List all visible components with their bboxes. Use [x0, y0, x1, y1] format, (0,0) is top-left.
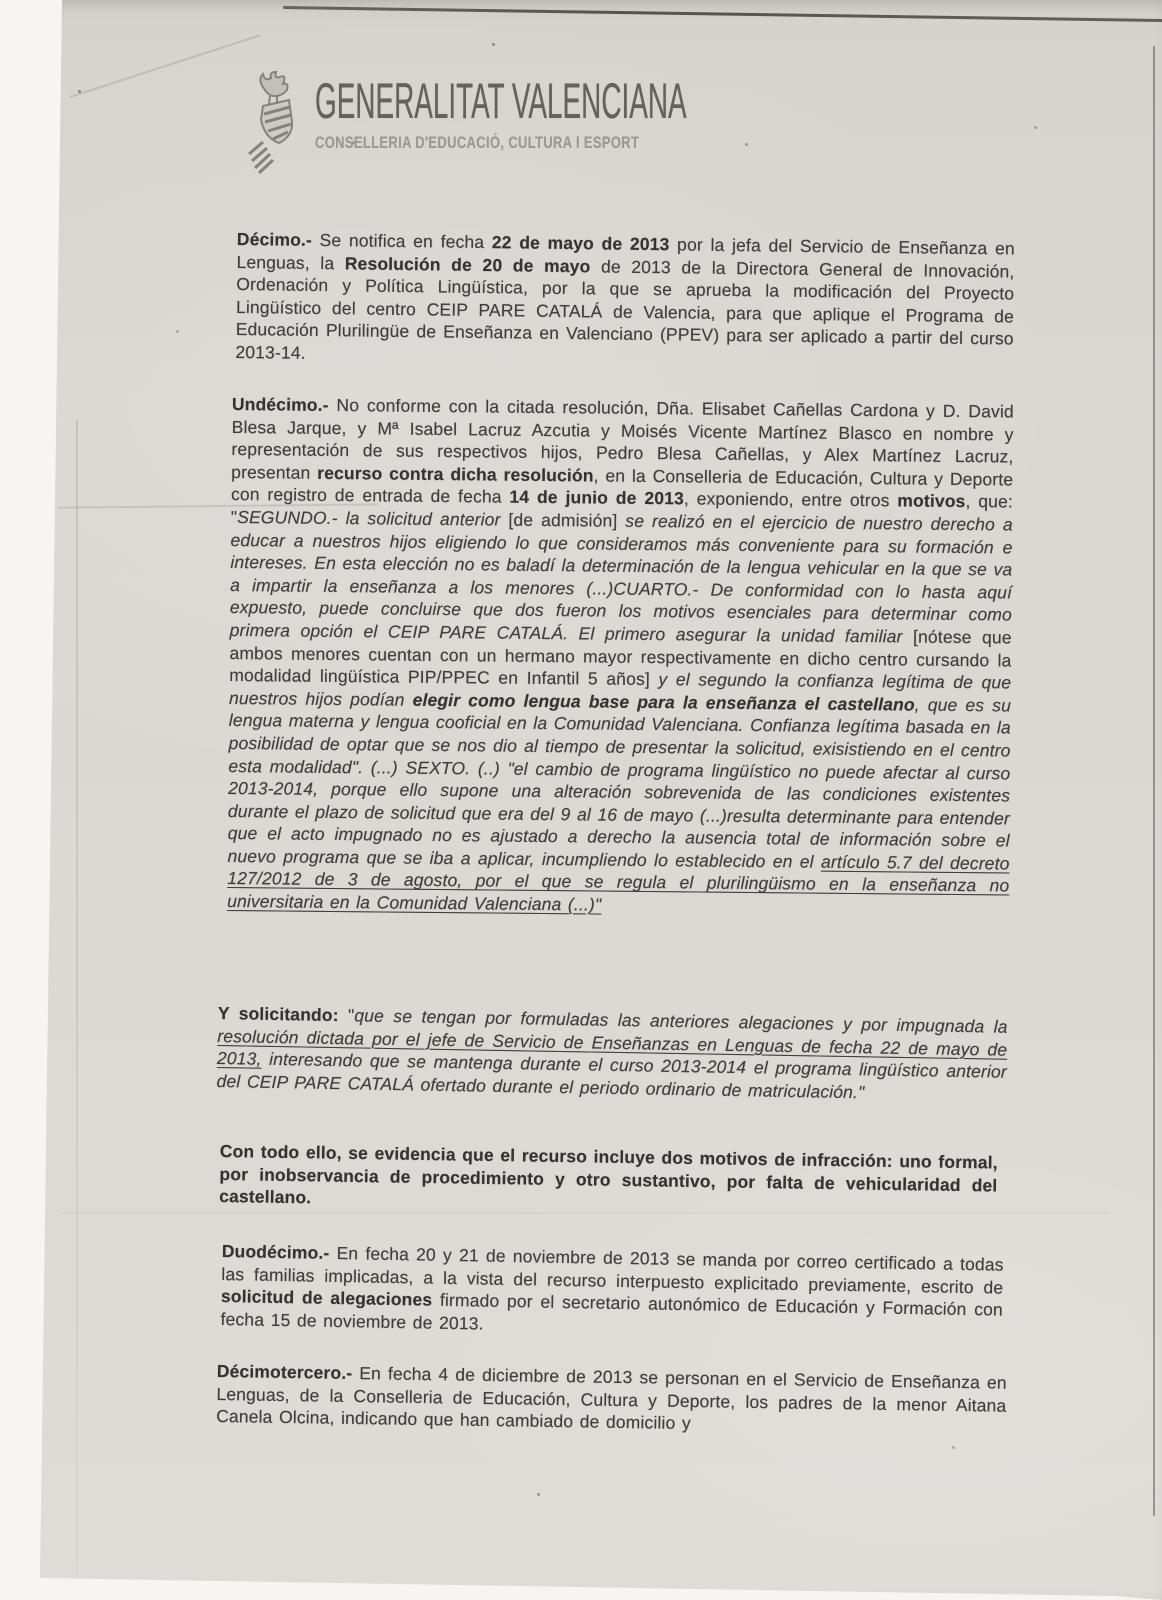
paragraph-con-todo-ello: Con todo ello, se evidencia que el recur… — [219, 1140, 998, 1219]
paragraph-decimo: Décimo.- Se notifica en fecha 22 de mayo… — [235, 228, 1015, 373]
text-segment: , exponiendo, entre otros — [684, 489, 898, 511]
text-segment: SEGUNDO.- la solicitud anterior — [237, 507, 501, 530]
text-segment: [de admisión] — [500, 510, 625, 531]
text-segment: Se notifica en fecha — [312, 230, 492, 252]
text-segment: , que es su lengua materna y lengua coof… — [227, 694, 1011, 871]
scan-speck — [352, 141, 355, 144]
scan-speck — [745, 143, 748, 146]
paragraph-solicitando: Y solicitando: "que se tengan por formul… — [216, 1002, 1007, 1106]
text-segment: Con todo ello, se evidencia que el recur… — [219, 1141, 998, 1208]
scan-speck — [1034, 126, 1037, 129]
text-segment: Y solicitando: — [218, 1003, 339, 1025]
text-segment: recurso contra dicha resolución — [317, 463, 594, 486]
scan-speck — [492, 43, 495, 46]
text-segment: 22 de mayo de 2013 — [492, 232, 670, 254]
text-segment: Décimotercero.- — [217, 1361, 353, 1383]
scan-speck — [78, 90, 81, 93]
scanned-page: GENERALITAT VALENCIANA CONSELLERIA D'EDU… — [0, 0, 1162, 1600]
text-segment: se realizó en el ejercicio de nuestro de… — [230, 511, 1013, 647]
brand-block: GENERALITAT VALENCIANA CONSELLERIA D'EDU… — [315, 66, 914, 153]
text-segment: elegir como lengua base para la enseñanz… — [413, 689, 915, 714]
paper-sheet: GENERALITAT VALENCIANA CONSELLERIA D'EDU… — [0, 0, 1162, 1600]
scan-speck — [176, 330, 179, 333]
scan-right-edge-line — [1153, 46, 1155, 1516]
scan-top-edge-shadow — [283, 6, 1162, 22]
org-title: GENERALITAT VALENCIANA — [315, 72, 687, 130]
paragraph-undecimo: Undécimo.- No conforme con la citada res… — [227, 393, 1014, 920]
scan-speck — [952, 1446, 955, 1449]
text-segment: solicitud de alegaciones — [221, 1286, 433, 1310]
generalitat-valenciana-coat-of-arms-icon — [243, 70, 307, 174]
text-segment: Undécimo.- — [232, 394, 329, 415]
scan-crease-faint — [60, 1212, 1110, 1214]
text-segment: Resolución de 20 de mayo — [345, 253, 591, 276]
paragraph-duodecimo: Duodécimo.- En fecha 20 y 21 de noviembr… — [220, 1240, 1003, 1344]
text-segment: 14 de junio de 2013 — [509, 487, 684, 509]
text-segment: Décimo.- — [237, 229, 312, 250]
paragraph-decimotercero: Décimotercero.- En fecha 4 de diciembre … — [216, 1360, 1007, 1439]
scan-speck — [268, 700, 271, 703]
text-segment: Duodécimo.- — [222, 1241, 330, 1263]
text-segment: motivos — [897, 491, 965, 512]
scan-speck — [537, 1493, 540, 1496]
scan-crease-vertical — [76, 420, 78, 1600]
document-header: GENERALITAT VALENCIANA CONSELLERIA D'EDU… — [243, 66, 914, 174]
scan-crease-diagonal — [70, 34, 261, 98]
text-segment: " — [338, 1005, 354, 1025]
scan-speck — [0, 1290, 3, 1293]
org-subtitle: CONSELLERIA D'EDUCACIÓ, CULTURA I ESPORT — [315, 133, 770, 153]
